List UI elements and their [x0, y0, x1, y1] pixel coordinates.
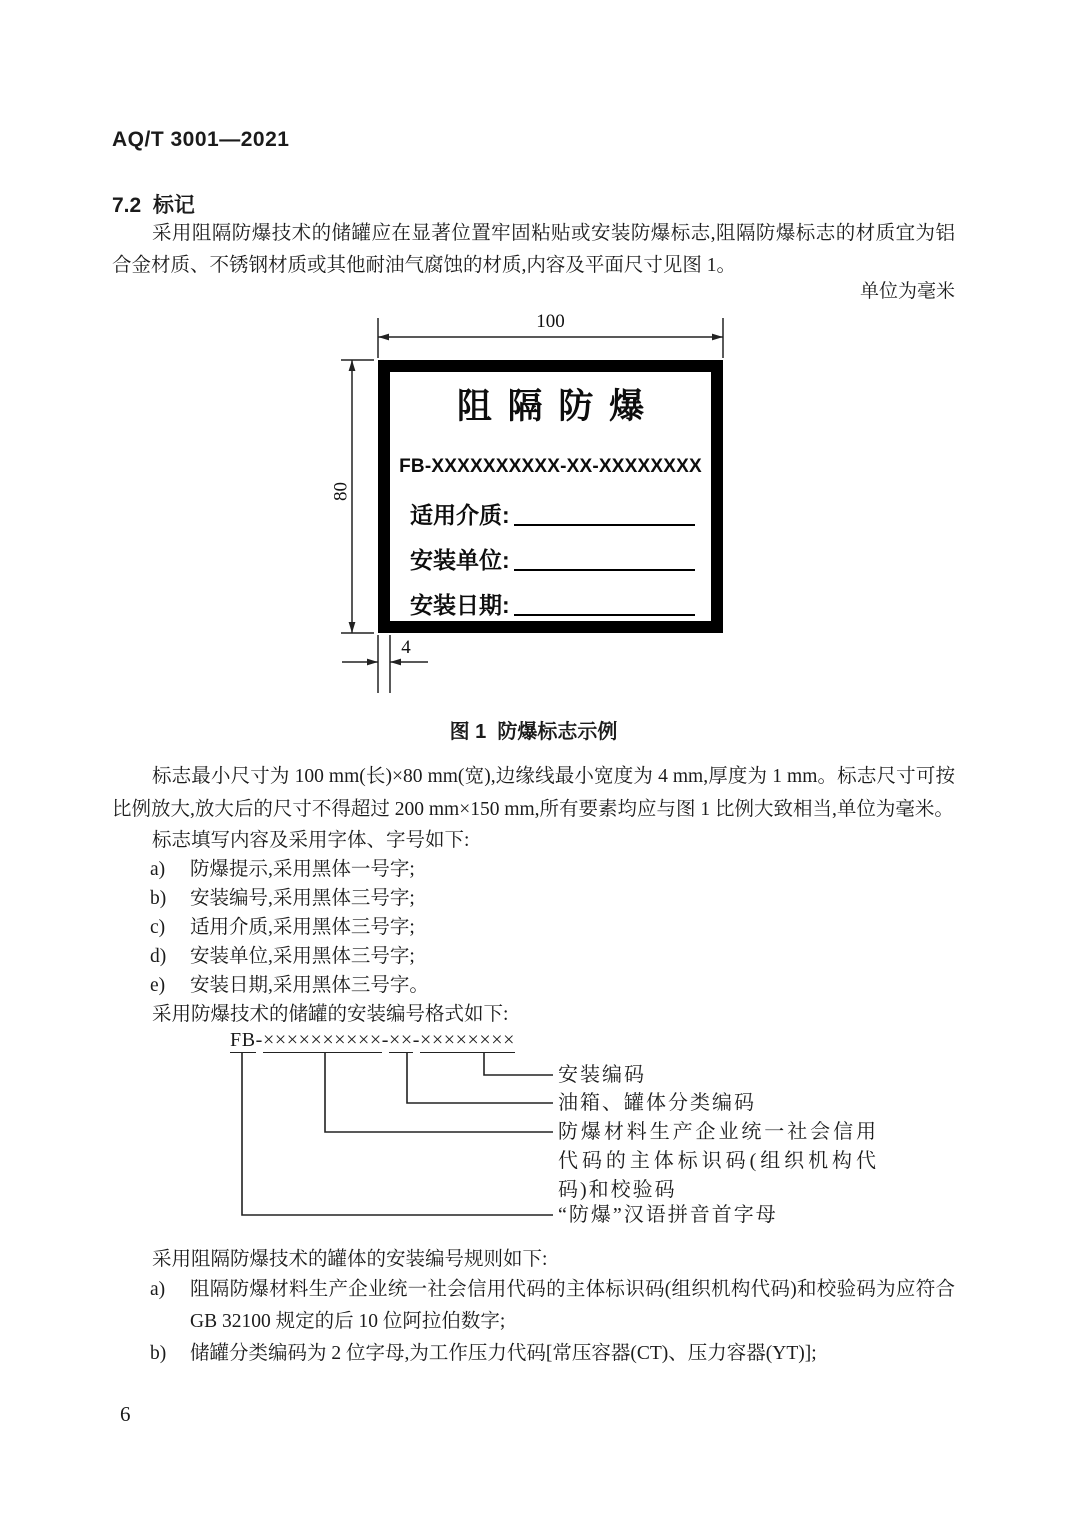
label-box: 阻隔防爆 FB-XXXXXXXXXX-XX-XXXXXXXX 适用介质: 安装单…: [378, 360, 723, 633]
label-title: 阻隔防爆: [390, 386, 711, 428]
blank-line: [514, 569, 695, 571]
label-field-row: 适用介质:: [410, 483, 695, 528]
blank-line: [514, 524, 695, 526]
figure-explosion-proof-label: 100 80 4 阻隔防爆 FB-XXXXXXXXXX-XX-XXXXXXXX …: [328, 310, 758, 702]
list-text: 安装日期,采用黑体三号字。: [190, 975, 429, 996]
list-text: 适用介质,采用黑体三号字;: [190, 917, 415, 938]
document-page: AQ/T 3001—2021 7.2 标记 采用阻隔防爆技术的储罐应在显著位置牢…: [0, 0, 1080, 1527]
list-item-a: a) 防爆提示,采用黑体一号字;: [112, 855, 955, 884]
list-text: 阻隔防爆材料生产企业统一社会信用代码的主体标识码(组织机构代码)和校验码为应符合…: [190, 1279, 955, 1332]
code-group-2: ××: [389, 1029, 413, 1053]
rules-item-b: b) 储罐分类编码为 2 位字母,为工作压力代码[常压容器(CT)、压力容器(Y…: [112, 1338, 955, 1370]
diagram-label-credit-code: 防爆材料生产企业统一社会信用代码的主体标识码(组织机构代码)和校验码: [558, 1118, 878, 1205]
list-item-c: c) 适用介质,采用黑体三号字;: [112, 913, 955, 942]
code-separator: -: [256, 1029, 263, 1051]
diagram-label-install-code: 安装编码: [558, 1061, 646, 1089]
standard-number: AQ/T 3001—2021: [112, 128, 955, 152]
page-number: 6: [120, 1402, 131, 1426]
rules-intro: 采用阻隔防爆技术的罐体的安装编号规则如下:: [112, 1245, 955, 1274]
size-paragraph: 标志最小尺寸为 100 mm(长)×80 mm(宽),边缘线最小宽度为 4 mm…: [112, 760, 955, 826]
code-group-3: ××××××××: [420, 1029, 515, 1053]
rules-item-a: a) 阻隔防爆材料生产企业统一社会信用代码的主体标识码(组织机构代码)和校验码为…: [112, 1274, 955, 1338]
list-marker: d): [150, 942, 166, 971]
list-item-d: d) 安装单位,采用黑体三号字;: [112, 942, 955, 971]
figure-caption: 图 1 防爆标志示例: [112, 720, 955, 744]
list-text: 防爆提示,采用黑体一号字;: [190, 859, 415, 880]
dimension-height-value: 80: [332, 477, 351, 507]
code-separator: -: [413, 1029, 420, 1051]
units-note: 单位为毫米: [112, 282, 955, 302]
field-label-installer: 安装单位:: [410, 547, 510, 573]
code-group-1: ××××××××××: [263, 1029, 382, 1053]
diagram-code: FB-××××××××××-××-××××××××: [230, 1029, 515, 1051]
list-marker: a): [150, 1274, 165, 1306]
field-label-medium: 适用介质:: [410, 502, 510, 528]
label-field-rows: 适用介质: 安装单位: 安装日期:: [410, 483, 695, 618]
code-separator: -: [382, 1029, 389, 1051]
code-prefix: FB: [230, 1029, 256, 1053]
diagram-label-tank-class: 油箱、罐体分类编码: [558, 1089, 756, 1117]
field-label-date: 安装日期:: [410, 592, 510, 618]
label-field-row: 安装日期:: [410, 573, 695, 618]
list-item-b: b) 安装编号,采用黑体三号字;: [112, 884, 955, 913]
font-list-intro: 标志填写内容及采用字体、字号如下:: [112, 826, 955, 855]
page-content: AQ/T 3001—2021 7.2 标记 采用阻隔防爆技术的储罐应在显著位置牢…: [112, 0, 955, 1370]
code-breakdown-diagram: FB-××××××××××-××-×××××××× 安装编码 油箱、罐体分类编码…: [112, 1029, 955, 1241]
blank-line: [514, 614, 695, 616]
list-marker: a): [150, 855, 165, 884]
dimension-border-value: 4: [394, 638, 418, 657]
list-item-e: e) 安装日期,采用黑体三号字。: [112, 971, 955, 1000]
list-marker: c): [150, 913, 165, 942]
diagram-label-pinyin: “防爆”汉语拼音首字母: [558, 1201, 778, 1229]
code-format-intro: 采用防爆技术的储罐的安装编号格式如下:: [112, 1000, 955, 1029]
list-text: 安装编号,采用黑体三号字;: [190, 888, 415, 909]
section-heading: 7.2 标记: [112, 194, 955, 218]
list-text: 安装单位,采用黑体三号字;: [190, 946, 415, 967]
label-field-row: 安装单位:: [410, 528, 695, 573]
list-marker: b): [150, 1338, 166, 1370]
label-code: FB-XXXXXXXXXX-XX-XXXXXXXX: [390, 456, 711, 477]
dimension-width-value: 100: [378, 312, 723, 331]
list-marker: b): [150, 884, 166, 913]
list-text: 储罐分类编码为 2 位字母,为工作压力代码[常压容器(CT)、压力容器(YT)]…: [190, 1343, 817, 1364]
intro-paragraph: 采用阻隔防爆技术的储罐应在显著位置牢固粘贴或安装防爆标志,阻隔防爆标志的材质宜为…: [112, 218, 955, 282]
list-marker: e): [150, 971, 165, 1000]
